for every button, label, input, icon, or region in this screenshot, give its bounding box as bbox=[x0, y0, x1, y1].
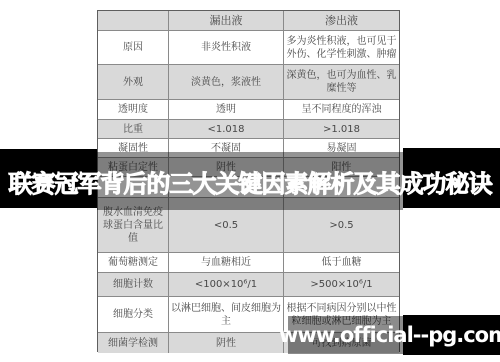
table-row: 比重 <1.018 >1.018 bbox=[98, 120, 399, 139]
exudate-cell: 多为炎性积液，也可见于外伤、化学性刺激、肿瘤 bbox=[284, 31, 399, 64]
exudate-cell: >500×10⁶/1 bbox=[284, 273, 399, 296]
table-header-row: 漏出液 渗出液 bbox=[98, 11, 399, 31]
table-row: 透明度 透明 呈不同程度的浑浊 bbox=[98, 100, 399, 120]
header-transudate: 漏出液 bbox=[169, 11, 284, 30]
watermark-text: www.official--pg.com bbox=[288, 318, 500, 352]
table-row: 外观 淡黄色，浆液性 深黄色，也可为血性、乳糜性等 bbox=[98, 65, 399, 100]
table-row: 原因 非炎性积液 多为炎性积液，也可见于外伤、化学性刺激、肿瘤 bbox=[98, 31, 399, 65]
row-label: 外观 bbox=[98, 65, 169, 99]
row-label: 细菌学检测 bbox=[98, 333, 169, 353]
exudate-cell: 低于血糖 bbox=[284, 253, 399, 272]
transudate-cell: <100×10⁶/1 bbox=[169, 273, 284, 296]
transudate-cell: 淡黄色，浆液性 bbox=[169, 65, 284, 99]
row-label: 透明度 bbox=[98, 100, 169, 119]
row-label: 葡萄糖测定 bbox=[98, 253, 169, 272]
exudate-cell: >1.018 bbox=[284, 120, 399, 138]
exudate-cell: 深黄色，也可为血性、乳糜性等 bbox=[284, 65, 399, 99]
transudate-cell: 与血糖相近 bbox=[169, 253, 284, 272]
transudate-cell: 以淋巴细胞、间皮细胞为主 bbox=[169, 297, 284, 332]
transudate-cell: 非炎性积液 bbox=[169, 31, 284, 64]
row-label: 比重 bbox=[98, 120, 169, 138]
header-empty bbox=[98, 11, 169, 30]
table-row: 细胞计数 <100×10⁶/1 >500×10⁶/1 bbox=[98, 273, 399, 297]
headline-text: 联赛冠军背后的三大关键因素解析及其成功秘诀 bbox=[0, 164, 500, 198]
transudate-cell: 透明 bbox=[169, 100, 284, 119]
exudate-cell: 呈不同程度的浑浊 bbox=[284, 100, 399, 119]
page: 漏出液 渗出液 原因 非炎性积液 多为炎性积液，也可见于外伤、化学性刺激、肿瘤 … bbox=[0, 0, 500, 362]
transudate-cell: 阴性 bbox=[169, 333, 284, 353]
row-label: 细胞计数 bbox=[98, 273, 169, 296]
transudate-cell: <1.018 bbox=[169, 120, 284, 138]
table-row: 葡萄糖测定 与血糖相近 低于血糖 bbox=[98, 253, 399, 273]
header-exudate: 渗出液 bbox=[284, 11, 399, 30]
row-label: 细胞分类 bbox=[98, 297, 169, 332]
row-label: 原因 bbox=[98, 31, 169, 64]
